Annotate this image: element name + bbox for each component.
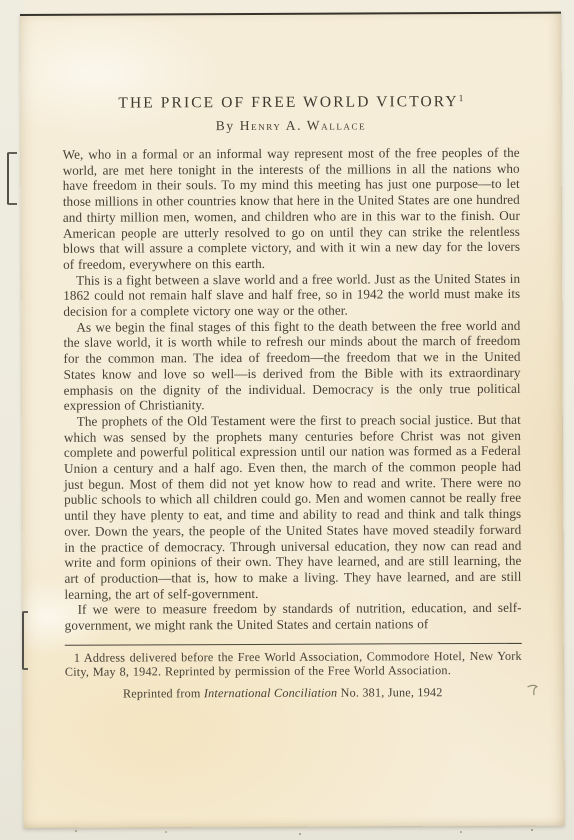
paragraph: If we were to measure freedom by standar… xyxy=(65,600,522,633)
footnote-rule xyxy=(65,643,522,646)
reprint-credit: Reprinted from International Conciliatio… xyxy=(123,685,522,701)
body-text: We, who in a formal or an informal way r… xyxy=(63,145,522,634)
paragraph: As we begin the final stages of this fig… xyxy=(63,318,520,414)
pamphlet-page: THE PRICE OF FREE WORLD VICTORY1 By Henr… xyxy=(20,12,565,828)
footnote-reference: 1 xyxy=(459,94,464,104)
footnote-text: 1 Address delivered before the Free Worl… xyxy=(65,649,522,680)
staple-icon xyxy=(22,611,28,670)
scanned-document: THE PRICE OF FREE WORLD VICTORY1 By Henr… xyxy=(0,0,574,840)
paper-edge-specks xyxy=(75,830,77,832)
footnote-marker: 1 xyxy=(74,651,80,665)
article-title: THE PRICE OF FREE WORLD VICTORY1 xyxy=(62,90,519,113)
reprint-suffix: No. 381, June, 1942 xyxy=(337,685,442,699)
footnote-body: Address delivered before the Free World … xyxy=(65,649,522,680)
pencil-mark xyxy=(525,682,543,700)
reprint-prefix: Reprinted from xyxy=(123,686,204,700)
paragraph: This is a fight between a slave world an… xyxy=(63,270,520,319)
reprint-journal-title: International Conciliation xyxy=(204,686,338,701)
paragraph: We, who in a formal or an informal way r… xyxy=(63,145,521,273)
byline-by: By xyxy=(216,118,235,133)
page-content: THE PRICE OF FREE WORLD VICTORY1 By Henr… xyxy=(62,90,522,702)
article-title-text: THE PRICE OF FREE WORLD VICTORY xyxy=(118,93,458,111)
footnote: 1 Address delivered before the Free Worl… xyxy=(65,643,522,702)
byline-author-name: Henry A. Wallace xyxy=(240,117,367,133)
staple-icon xyxy=(7,152,17,205)
paragraph: The prophets of the Old Testament were t… xyxy=(64,412,522,602)
byline: By Henry A. Wallace xyxy=(62,117,519,135)
